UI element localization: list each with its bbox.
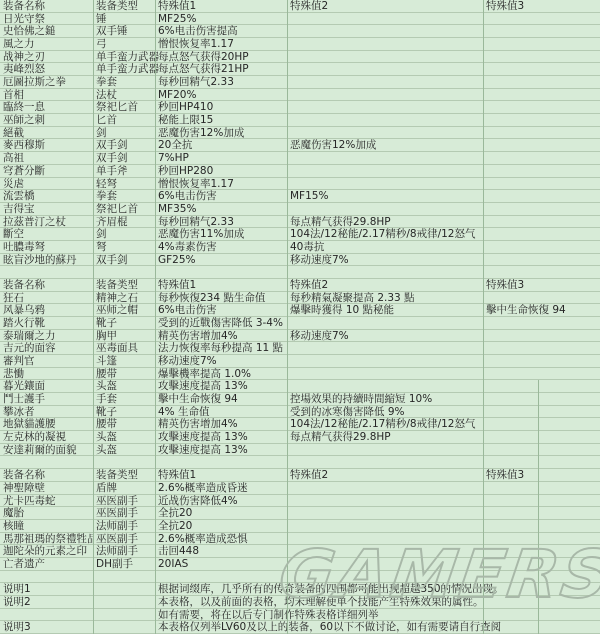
cell-equipment-name: 泰瑞爾之力 xyxy=(0,330,93,342)
cell-equipment-type: 剑 xyxy=(93,228,107,240)
cell-equipment-name: 核瞳 xyxy=(0,520,93,532)
equipment-table-sheet: 装备名称装备类型特殊值1特殊值2特殊值3日光守祭锤MF25%史恰佛之鎚双手锤6%… xyxy=(0,0,600,634)
cell-equipment-type: 巫师之帽 xyxy=(93,304,138,316)
blank-row xyxy=(0,456,600,469)
cell-special1: 全抗20 xyxy=(155,520,192,532)
cell-special1: 擊中生命恢復 94 xyxy=(155,393,238,405)
cell-special1: 恶魔伤害12%加成 xyxy=(155,127,244,139)
cell-equipment-type: 双手剑 xyxy=(93,139,128,151)
cell-special2: 每秒精氣凝聚提高 2.33 點 xyxy=(287,292,415,304)
cell-special1: 每秒恢復234 點生命值 xyxy=(155,292,265,304)
cell-special1: 6%电击伤害提高 xyxy=(155,25,238,37)
cell-equipment-type: 腰带 xyxy=(93,368,117,380)
cell-equipment-type: 弓 xyxy=(93,38,107,50)
cell-equipment-name: 斷空 xyxy=(0,228,93,240)
header-special2: 特殊值2 xyxy=(287,279,328,291)
table-row: 魔胎巫医副手全抗20 xyxy=(0,507,600,520)
table-row: 風之力弓憎恨恢复率1.17 xyxy=(0,38,600,51)
cell-equipment-name: 魔胎 xyxy=(0,507,93,519)
cell-equipment-name: 鬥士護手 xyxy=(0,393,93,405)
note-text: 本表格，以及前面的表格，均未理解使单个技能产生特殊效果的属性。 xyxy=(155,596,484,608)
cell-special1: 秘能上限15 xyxy=(155,114,213,126)
cell-special1: 4% 生命值 xyxy=(155,406,210,418)
table-row: 首相法杖MF20% xyxy=(0,89,600,102)
cell-equipment-type: 法杖 xyxy=(93,89,117,101)
table-row: 臨終一息祭祀匕首秒回HP410 xyxy=(0,101,600,114)
table-row: 拉茲普汀之杖齐眉棍每秒回精气2.33每点精气获得29.8HP xyxy=(0,216,600,229)
cell-equipment-name: 亡者遗产 xyxy=(0,558,93,570)
table-row: 地獄貓護腰腰带精英伤害增加4%104法/12秘能/2.17精秒/8戒律/12怒气 xyxy=(0,418,600,431)
cell-special1: 20IAS xyxy=(155,558,188,570)
cell-equipment-type: 双手锤 xyxy=(93,25,128,37)
header-equipment-type: 装备类型 xyxy=(93,279,138,291)
cell-equipment-type: 祭祀匕首 xyxy=(93,101,138,113)
header-equipment-name: 装备名称 xyxy=(0,279,93,291)
header-special3: 特殊值3 xyxy=(483,0,524,12)
header-row-table3: 装备名称装备类型特殊值1特殊值2特殊值3 xyxy=(0,469,600,482)
cell-equipment-name: 悲慟 xyxy=(0,368,93,380)
table-row: 穹蒼分斷单手斧秒回HP280 xyxy=(0,165,600,178)
table-row: 狂石精神之石每秒恢復234 點生命值每秒精氣凝聚提高 2.33 點 xyxy=(0,292,600,305)
cell-equipment-name: 高祖 xyxy=(0,152,93,164)
table-row: 史恰佛之鎚双手锤6%电击伤害提高 xyxy=(0,25,600,38)
cell-equipment-name: 穹蒼分斷 xyxy=(0,165,93,177)
cell-equipment-name: 災虐 xyxy=(0,178,93,190)
cell-equipment-name: 日光守祭 xyxy=(0,13,93,25)
table-row: 风暴乌鸦巫师之帽6%电击伤害爆擊時獲得 10 點秘能擊中生命恢復 94 xyxy=(0,304,600,317)
header-equipment-name: 装备名称 xyxy=(0,469,93,481)
cell-equipment-type: 盾牌 xyxy=(93,482,117,494)
cell-equipment-type: 巫毒面具 xyxy=(93,342,138,354)
cell-special1: 恶魔伤害11%加成 xyxy=(155,228,244,240)
cell-equipment-type: 手套 xyxy=(93,393,117,405)
cell-special1: 每秒回精气2.33 xyxy=(155,216,234,228)
table-row: 斷空剑恶魔伤害11%加成104法/12秘能/2.17精秒/8戒律/12怒气 xyxy=(0,228,600,241)
cell-equipment-name: 狂石 xyxy=(0,292,93,304)
cell-special1: 每秒回精气2.33 xyxy=(155,76,234,88)
cell-special1: GF25% xyxy=(155,254,196,266)
cell-special1: 击回448 xyxy=(155,545,199,557)
cell-equipment-type: 轻弩 xyxy=(93,178,117,190)
cell-special2: 104法/12秘能/2.17精秒/8戒律/12怒气 xyxy=(287,418,475,430)
note-row: 说明2本表格，以及前面的表格，均未理解使单个技能产生特殊效果的属性。 xyxy=(0,596,600,609)
cell-equipment-name: 神聖障壁 xyxy=(0,482,93,494)
cell-equipment-type: 巫医副手 xyxy=(93,533,138,545)
header-equipment-type: 装备类型 xyxy=(93,0,138,12)
table-row: 悲慟腰带爆擊機率提高 1.0% xyxy=(0,368,600,381)
table-row: 巫師之刺匕首秘能上限15 xyxy=(0,114,600,127)
note-row: 说明3本表格仅列举LV60及以上的装备，60以下不做讨论，如有需要请自行查阅 xyxy=(0,621,600,634)
table-row: 絕截剑恶魔伤害12%加成 xyxy=(0,127,600,140)
cell-equipment-name: 巫師之刺 xyxy=(0,114,93,126)
cell-special1: 爆擊機率提高 1.0% xyxy=(155,368,251,380)
cell-special1: 憎恨恢复率1.17 xyxy=(155,38,234,50)
cell-special1: 7%HP xyxy=(155,152,189,164)
table-row: 流雲橋拳套6%电击伤害MF15% xyxy=(0,190,600,203)
cell-special2: 移动速度7% xyxy=(287,254,349,266)
cell-equipment-name: 史恰佛之鎚 xyxy=(0,25,93,37)
cell-special2: 104法/12秘能/2.17精秒/8戒律/12怒气 xyxy=(287,228,475,240)
cell-special1: 攻擊速度提高 13% xyxy=(155,444,248,456)
cell-equipment-type: 锤 xyxy=(93,13,107,25)
cell-equipment-type: 齐眉棍 xyxy=(93,216,128,228)
cell-equipment-type: 胸甲 xyxy=(93,330,117,342)
cell-equipment-type: 祭祀匕首 xyxy=(93,203,138,215)
cell-special2: 40毒抗 xyxy=(287,241,324,253)
cell-equipment-type: 双手剑 xyxy=(93,254,128,266)
table-row: 眩盲沙地的蘇丹双手剑GF25%移动速度7% xyxy=(0,254,600,267)
cell-special1: 2.6%概率造成昏迷 xyxy=(155,482,248,494)
gridline-vertical xyxy=(155,0,156,634)
header-row-table1: 装备名称装备类型特殊值1特殊值2特殊值3 xyxy=(0,0,600,13)
cell-equipment-name: 攀冰者 xyxy=(0,406,93,418)
table-row: 吉元的面容巫毒面具法力恢復率每秒提高 11 點 xyxy=(0,342,600,355)
cell-equipment-type: 斗篷 xyxy=(93,355,117,367)
gridline-vertical xyxy=(287,0,288,634)
cell-equipment-name: 馬那祖瑪的祭禮牲品 xyxy=(0,533,93,545)
cell-equipment-type: 头盔 xyxy=(93,380,117,392)
cell-equipment-type: 巫医副手 xyxy=(93,507,138,519)
cell-special2: 受到的冰寒傷害降低 9% xyxy=(287,406,405,418)
cell-special2: 每点精气获得29.8HP xyxy=(287,216,391,228)
cell-special1: 精英伤害增加4% xyxy=(155,418,238,430)
table-row: 亡者遗产DH副手20IAS xyxy=(0,558,600,571)
note-label: 说明2 xyxy=(0,596,93,608)
cell-special1: 秒回HP410 xyxy=(155,101,213,113)
cell-equipment-type: 剑 xyxy=(93,127,107,139)
table-row: 高祖双手剑7%HP xyxy=(0,152,600,165)
cell-special1: 秒回HP280 xyxy=(155,165,213,177)
note-label: 说明3 xyxy=(0,621,93,633)
cell-special1: 移动速度7% xyxy=(155,355,217,367)
gridline-vertical xyxy=(93,0,94,634)
cell-special1: 攻擊速度提高 13% xyxy=(155,380,248,392)
cell-equipment-type: 单手蛮力武器 xyxy=(93,63,159,75)
cell-equipment-type: 头盔 xyxy=(93,444,117,456)
table-row: 麥西穆斯双手剑20全抗恶魔伤害12%加成 xyxy=(0,139,600,152)
cell-equipment-type: 双手剑 xyxy=(93,152,128,164)
cell-equipment-name: 眩盲沙地的蘇丹 xyxy=(0,254,93,266)
header-equipment-type: 装备类型 xyxy=(93,469,138,481)
header-special3: 特殊值3 xyxy=(483,469,524,481)
cell-equipment-type: 单手斧 xyxy=(93,165,128,177)
cell-equipment-name: 迦陀朵的元素之印 xyxy=(0,545,93,557)
cell-special1: 法力恢復率每秒提高 11 點 xyxy=(155,342,283,354)
header-special2: 特殊值2 xyxy=(287,0,328,12)
cell-special1: MF35% xyxy=(155,203,196,215)
table-row: 馬那祖瑪的祭禮牲品巫医副手2.6%概率造成恐惧 xyxy=(0,533,600,546)
cell-equipment-name: 拉茲普汀之杖 xyxy=(0,216,93,228)
table-row: 迦陀朵的元素之印法师副手击回448 xyxy=(0,545,600,558)
cell-special2: 每点精气获得29.8HP xyxy=(287,431,391,443)
cell-special3: 擊中生命恢復 94 xyxy=(483,304,566,316)
cell-equipment-type: 弩 xyxy=(93,241,107,253)
cell-equipment-name: 尤卡匹毒蛇 xyxy=(0,495,93,507)
table-row: 吐膿毒弩弩4%毒素伤害40毒抗 xyxy=(0,241,600,254)
note-text: 根据词缀库，几乎所有的传奇装备的四围都可能出现超越350的情况出现。 xyxy=(155,583,504,595)
header-special1: 特殊值1 xyxy=(155,0,196,12)
note-text: 本表格仅列举LV60及以上的装备，60以下不做讨论，如有需要请自行查阅 xyxy=(155,621,501,633)
cell-equipment-name: 審判官 xyxy=(0,355,93,367)
note-text: 如有需要，将在以后专门制作特殊表格详细列举 xyxy=(155,609,379,621)
cell-equipment-name: 踏火行靴 xyxy=(0,317,93,329)
header-row-table2: 装备名称装备类型特殊值1特殊值2特殊值3 xyxy=(0,279,600,292)
cell-equipment-type: 精神之石 xyxy=(93,292,138,304)
table-row: 神聖障壁盾牌2.6%概率造成昏迷 xyxy=(0,482,600,495)
note-row: 如有需要，将在以后专门制作特殊表格详细列举 xyxy=(0,609,600,622)
blank-row xyxy=(0,571,600,584)
gridline-vertical xyxy=(483,0,484,634)
cell-special1: MF25% xyxy=(155,13,196,25)
blank-row xyxy=(0,266,600,279)
cell-special1: 憎恨恢复率1.17 xyxy=(155,178,234,190)
cell-special1: 6%电击伤害 xyxy=(155,304,217,316)
cell-special2: 移动速度7% xyxy=(287,330,349,342)
cell-special1: MF20% xyxy=(155,89,196,101)
cell-equipment-name: 風之力 xyxy=(0,38,93,50)
cell-equipment-name: 夷峰烈怒 xyxy=(0,63,93,75)
cell-equipment-name: 左克林的凝視 xyxy=(0,431,93,443)
cell-equipment-name: 麥西穆斯 xyxy=(0,139,93,151)
cell-special1: 精英伤害增加4% xyxy=(155,330,238,342)
cell-special1: 每点怒气获得21HP xyxy=(155,63,249,75)
table-row: 核瞳法师副手全抗20 xyxy=(0,520,600,533)
cell-equipment-type: 法师副手 xyxy=(93,520,138,532)
table-row: 泰瑞爾之力胸甲精英伤害增加4%移动速度7% xyxy=(0,330,600,343)
note-label: 说明1 xyxy=(0,583,93,595)
cell-special2: 爆擊時獲得 10 點秘能 xyxy=(287,304,394,316)
header-special2: 特殊值2 xyxy=(287,469,328,481)
table-row: 鬥士護手手套擊中生命恢復 94控場效果的持續時間縮短 10% xyxy=(0,393,600,406)
cell-special1: 每点怒气获得20HP xyxy=(155,51,249,63)
cell-equipment-name: 地獄貓護腰 xyxy=(0,418,93,430)
cell-equipment-type: 拳套 xyxy=(93,190,117,202)
cell-special1: 20全抗 xyxy=(155,139,192,151)
cell-equipment-name: 战神之刃 xyxy=(0,51,93,63)
cell-equipment-name: 臨終一息 xyxy=(0,101,93,113)
cell-equipment-name: 吉得宝 xyxy=(0,203,93,215)
table-row: 左克林的凝視头盔攻擊速度提高 13%每点精气获得29.8HP xyxy=(0,431,600,444)
cell-equipment-name: 流雲橋 xyxy=(0,190,93,202)
header-equipment-name: 装备名称 xyxy=(0,0,93,12)
cell-equipment-type: 法师副手 xyxy=(93,545,138,557)
cell-equipment-type: 巫医副手 xyxy=(93,495,138,507)
cell-equipment-type: 匕首 xyxy=(93,114,117,126)
cell-equipment-name: 风暴乌鸦 xyxy=(0,304,93,316)
cell-equipment-type: 拳套 xyxy=(93,76,117,88)
cell-equipment-name: 厄圖拉斯之拳 xyxy=(0,76,93,88)
header-special3: 特殊值3 xyxy=(483,279,524,291)
table-row: 战神之刃单手蛮力武器每点怒气获得20HP xyxy=(0,51,600,64)
cell-equipment-type: 腰带 xyxy=(93,418,117,430)
table-row: 夷峰烈怒单手蛮力武器每点怒气获得21HP xyxy=(0,63,600,76)
cell-special1: 全抗20 xyxy=(155,507,192,519)
cell-equipment-type: DH副手 xyxy=(93,558,133,570)
table-row: 日光守祭锤MF25% xyxy=(0,13,600,26)
table-row: 吉得宝祭祀匕首MF35% xyxy=(0,203,600,216)
cell-equipment-name: 絕截 xyxy=(0,127,93,139)
cell-special1: 6%电击伤害 xyxy=(155,190,217,202)
cell-special2: 控場效果的持續時間縮短 10% xyxy=(287,393,432,405)
cell-special2: MF15% xyxy=(287,190,328,202)
cell-special2: 恶魔伤害12%加成 xyxy=(287,139,376,151)
cell-equipment-name: 吉元的面容 xyxy=(0,342,93,354)
cell-equipment-type: 单手蛮力武器 xyxy=(93,51,159,63)
header-special1: 特殊值1 xyxy=(155,279,196,291)
cell-special1: 受到的近戰傷害降低 3-4% xyxy=(155,317,283,329)
cell-equipment-name: 首相 xyxy=(0,89,93,101)
table-row: 暮光鑲面头盔攻擊速度提高 13% xyxy=(0,380,600,393)
cell-equipment-name: 吐膿毒弩 xyxy=(0,241,93,253)
cell-equipment-type: 靴子 xyxy=(93,406,117,418)
table-row: 安達莉爾的面貌头盔攻擊速度提高 13% xyxy=(0,444,600,457)
table-row: 踏火行靴靴子受到的近戰傷害降低 3-4% xyxy=(0,317,600,330)
cell-special1: 4%毒素伤害 xyxy=(155,241,217,253)
cell-equipment-name: 暮光鑲面 xyxy=(0,380,93,392)
cell-equipment-name: 安達莉爾的面貌 xyxy=(0,444,93,456)
cell-special1: 2.6%概率造成恐惧 xyxy=(155,533,248,545)
gridline-vertical-partial xyxy=(538,380,539,634)
cell-equipment-type: 头盔 xyxy=(93,431,117,443)
cell-special1: 攻擊速度提高 13% xyxy=(155,431,248,443)
note-row: 说明1根据词缀库，几乎所有的传奇装备的四围都可能出现超越350的情况出现。 xyxy=(0,583,600,596)
cell-special1: 近战伤害降低4% xyxy=(155,495,238,507)
table-row: 災虐轻弩憎恨恢复率1.17 xyxy=(0,178,600,191)
table-row: 審判官斗篷移动速度7% xyxy=(0,355,600,368)
table-row: 攀冰者靴子4% 生命值受到的冰寒傷害降低 9% xyxy=(0,406,600,419)
table-row: 尤卡匹毒蛇巫医副手近战伤害降低4% xyxy=(0,495,600,508)
table-row: 厄圖拉斯之拳拳套每秒回精气2.33 xyxy=(0,76,600,89)
cell-equipment-type: 靴子 xyxy=(93,317,117,329)
header-special1: 特殊值1 xyxy=(155,469,196,481)
